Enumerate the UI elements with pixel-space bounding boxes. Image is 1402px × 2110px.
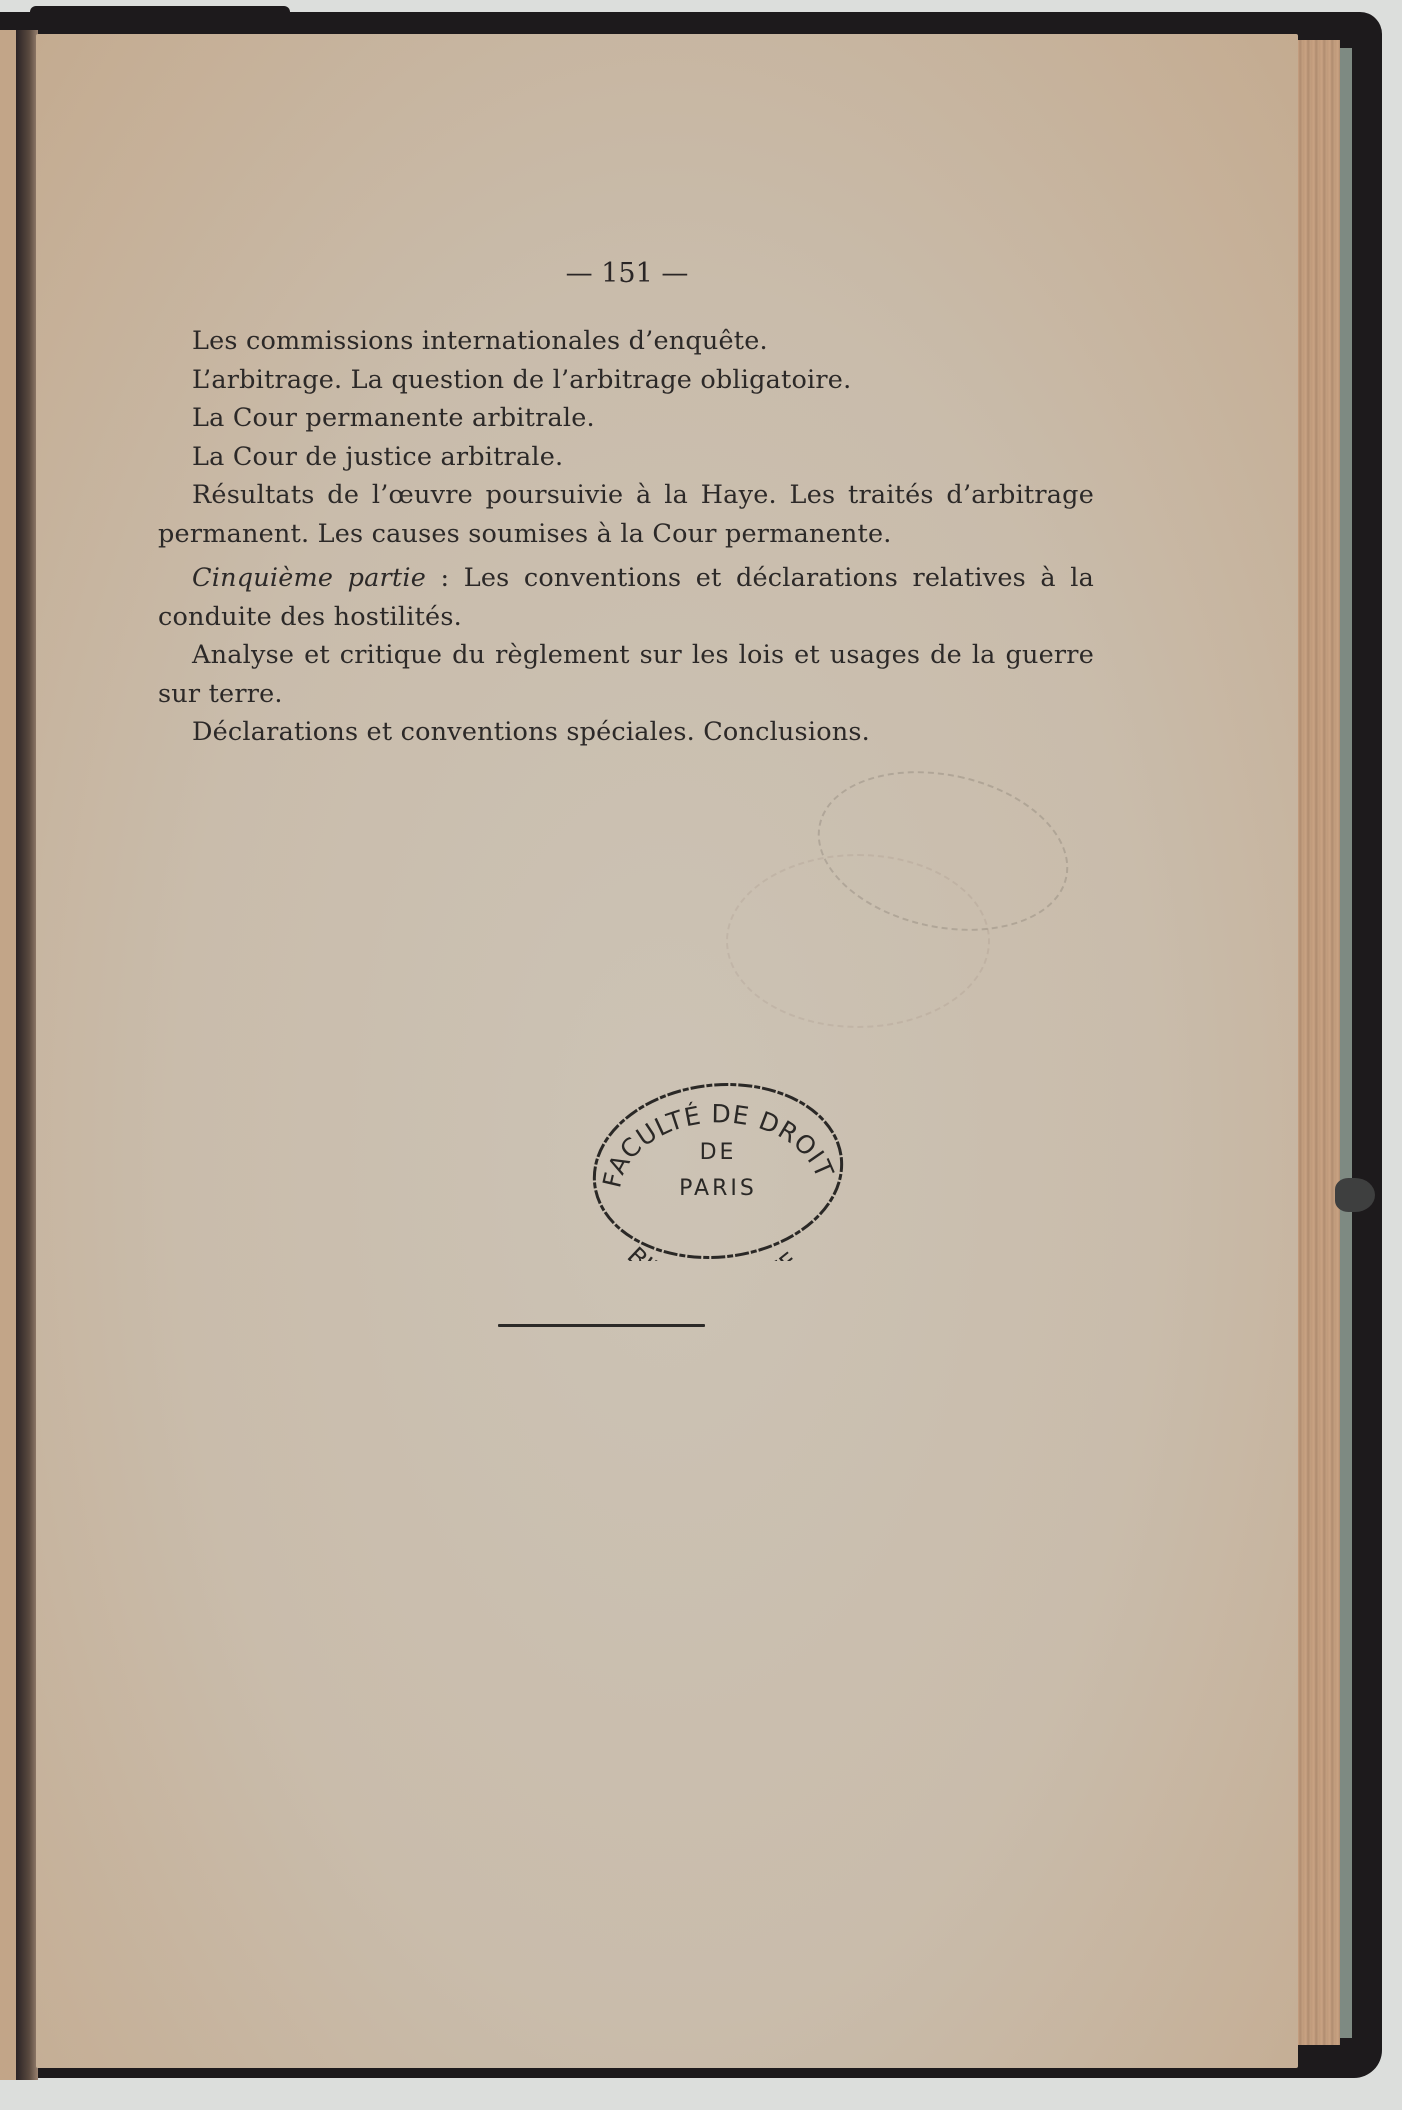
end-rule-divider [498,1324,705,1327]
paragraph-section-heading: Cinquième partie : Les conventions et dé… [158,559,1094,636]
paragraph: Analyse et critique du règlement sur les… [158,636,1094,713]
paragraph: L’arbitrage. La question de l’arbitrage … [158,361,1094,400]
facing-page-edge [0,30,16,2080]
page-edges-green [1338,48,1352,2038]
paragraph: La Cour permanente arbitrale. [158,399,1094,438]
paragraph: Les commissions internationales d’enquêt… [158,322,1094,361]
paragraph: La Cour de justice arbitrale. [158,438,1094,477]
paragraph: Déclarations et conventions spéciales. C… [158,713,1094,752]
book-page: — 151 — Les commissions internationales … [36,34,1298,2068]
book-gutter [16,30,38,2080]
page-number: — 151 — [0,258,1258,289]
section-title: Cinquième partie [192,563,426,593]
library-stamp-icon: FACULTÉ DE DROIT DE PARIS BIBLIOTHÈQUE [590,1079,846,1261]
page-edges [1295,40,1340,2045]
body-text: Les commissions internationales d’enquêt… [158,322,1094,752]
clasp-icon [1335,1178,1375,1212]
stamp-line1: DE [700,1140,737,1165]
faded-stamp-bleed [726,854,990,1028]
paragraph: Résultats de l’œuvre poursuivie à la Hay… [158,476,1094,553]
stamp-line2: PARIS [679,1176,757,1201]
